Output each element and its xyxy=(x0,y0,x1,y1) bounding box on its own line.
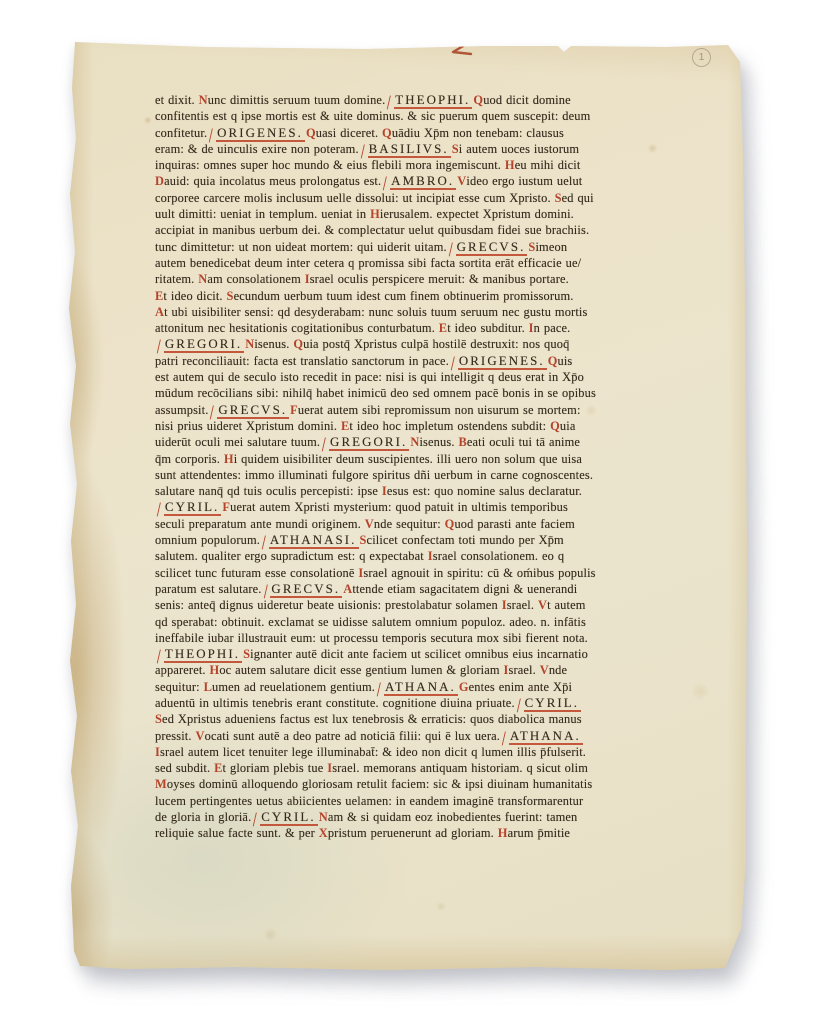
author-name: CYRIL. xyxy=(164,500,222,516)
body-text: scilicet tunc futuram esse consolationē xyxy=(155,566,358,580)
body-text: isenus. xyxy=(254,337,293,351)
rubric-letter: M xyxy=(155,777,167,791)
text-line: mūdum recōcilians sibi: nihilq̄ habet in… xyxy=(155,385,671,401)
author-name: THEOPHI. xyxy=(394,93,472,109)
text-line: salutare nanq̄ qd tuis oculis percepisti… xyxy=(155,483,671,499)
text-line: q̄m corporis. Hi quidem uisibiliter deum… xyxy=(155,451,671,467)
rubric-letter: Q xyxy=(473,93,483,107)
body-text: uerat autem Xpristi mysterium: quod patu… xyxy=(230,500,568,514)
body-text: accipiat in manibus uerbum dei. & comple… xyxy=(155,223,589,237)
body-text: srael oculis perspicere meruit: & manibu… xyxy=(310,272,569,286)
text-line: seculi preparatum ante mundi originem. V… xyxy=(155,516,671,532)
rubric-letter: H xyxy=(210,663,220,677)
rubric-letter: H xyxy=(498,826,508,840)
body-text: senis: anteq̄ dignus uideretur beate uis… xyxy=(155,598,502,612)
body-text: srael. memorans antiquam historiam. q si… xyxy=(332,761,588,775)
body-text: uerat autem sibi repromissum non uisurum… xyxy=(298,403,581,417)
text-line: Sed Xpristus adueniens factus est lux te… xyxy=(155,711,671,727)
author-name: ORIGENES. xyxy=(216,126,305,142)
body-text: uod parasti ante faciem xyxy=(454,517,575,531)
rubric-letter: N xyxy=(199,93,208,107)
text-line: et dixit. Nunc dimittis seruum tuum domi… xyxy=(155,92,671,108)
text-line: ineffabile iubar illustrauit eum: ut pro… xyxy=(155,630,671,646)
body-text: eati oculi tui tā anime xyxy=(467,435,580,449)
rubric-letter: V xyxy=(196,729,205,743)
body-text: ideo ergo iustum uelut xyxy=(466,174,582,188)
author-name: GRECVS. xyxy=(217,403,289,419)
body-text: appareret. xyxy=(155,663,210,677)
body-text: uia postq̄ Xpristus culpā hostilē destru… xyxy=(303,337,569,351)
body-text: corporee carcere molis inclusum uelle di… xyxy=(155,191,555,205)
rubric-letter: Q xyxy=(548,354,558,368)
body-text: pressit. xyxy=(155,729,196,743)
rubric-letter: S xyxy=(452,142,459,156)
text-line: Et ideo dicit. Secundum uerbum tuum ides… xyxy=(155,288,671,304)
text-line: pressit. Vocati sunt autē a deo patre ad… xyxy=(155,728,671,744)
rubric-letter: D xyxy=(155,174,164,188)
body-text: nde xyxy=(549,663,567,677)
text-line: autem benedicebat deum inter cetera q pr… xyxy=(155,255,671,271)
body-text: t ubi uisibiliter sensi: qd desyderabam:… xyxy=(164,305,587,319)
text-line: lucem pertingentes uetus abiicientes uel… xyxy=(155,793,671,809)
body-text: tunc dimittetur: ut non uideat mortem: q… xyxy=(155,240,447,254)
manuscript-leaf: 1 et dixit. Nunc dimittis seruum tuum do… xyxy=(66,36,748,972)
rubric-letter: A xyxy=(343,582,352,596)
pencil-folio-number: 1 xyxy=(692,48,711,67)
body-text: oc autem salutare dicit esse gentium lum… xyxy=(219,663,503,677)
body-text: t ideo hoc impletum ostendens subdit: xyxy=(349,419,550,433)
body-text: uult dimitti: ueniat in templum. ueniat … xyxy=(155,207,370,221)
text-line: Moyses dominū alloquendo gloriosam retul… xyxy=(155,776,671,792)
author-name: GREGORI. xyxy=(164,337,244,353)
body-text: est autem qui de seculo isto recedit in … xyxy=(155,370,584,384)
body-text: i quidem uisibiliter deum suscipientes. … xyxy=(234,452,582,466)
author-name: CYRIL. xyxy=(260,810,318,826)
rubric-letter: G xyxy=(459,680,469,694)
body-text: inquiras: omnes super hoc mundo & eius f… xyxy=(155,158,505,172)
body-text: sed subdit. xyxy=(155,761,214,775)
rubric-letter: H xyxy=(224,452,234,466)
rubric-letter: B xyxy=(458,435,466,449)
body-text: srael autem licet tenuiter lege illumina… xyxy=(160,745,586,759)
body-text: qd sperabat: obtinuit. exclamat se uidis… xyxy=(155,615,586,629)
body-text: uiderūt oculi mei salutare tuum. xyxy=(155,435,320,449)
body-text: de gloria in gloriā. xyxy=(155,810,251,824)
body-text: am & si quidam eoz inobedientes fuerint:… xyxy=(328,810,578,824)
text-line: |GREGORI.Nisenus. Quia postq̄ Xpristus c… xyxy=(155,336,671,352)
text-line: sed subdit. Et gloriam plebis tue Israel… xyxy=(155,760,671,776)
body-text: ttende etiam sagacitatem digni & ueneran… xyxy=(352,582,577,596)
text-line: uult dimitti: ueniat in templum. ueniat … xyxy=(155,206,671,222)
body-text: eu mihi dicit xyxy=(515,158,581,172)
text-line: At ubi uisibiliter sensi: qd desyderabam… xyxy=(155,304,671,320)
body-text: unc dimittis seruum tuum domine. xyxy=(208,93,386,107)
body-text: umen ad reuelationem gentium. xyxy=(212,680,375,694)
body-text: nisi prius uideret Xpristum domini. xyxy=(155,419,341,433)
body-text: pristum peruenerunt ad gloriam. xyxy=(328,826,498,840)
body-text: uasi diceret. xyxy=(316,126,382,140)
body-text: seculi preparatum ante mundi originem. xyxy=(155,517,365,531)
body-text: ecundum uerbum tuum idest cum finem obti… xyxy=(234,289,574,303)
body-text: ed qui xyxy=(562,191,594,205)
body-text: reliquie salue facte sunt. & per xyxy=(155,826,319,840)
author-name: AMBRO. xyxy=(390,174,456,190)
body-text: i autem uoces iustorum xyxy=(459,142,579,156)
text-line: est autem qui de seculo isto recedit in … xyxy=(155,369,671,385)
rubric-letter: Q xyxy=(306,126,316,140)
body-text: srael. xyxy=(508,663,539,677)
body-text: n pace. xyxy=(534,321,571,335)
text-line: aduentū in ultimis tenebris erant consti… xyxy=(155,695,671,711)
body-text: oyses dominū alloquendo gloriosam retuli… xyxy=(167,777,592,791)
body-text: entes enim ante Xp̄i xyxy=(469,680,572,694)
body-text: t autem xyxy=(547,598,585,612)
body-text: auid: quia incolatus meus prolongatus es… xyxy=(164,174,381,188)
text-line: reliquie salue facte sunt. & per Xpristu… xyxy=(155,825,671,841)
body-text: ed Xpristus adueniens factus est lux ten… xyxy=(162,712,582,726)
body-text: omnium populorum. xyxy=(155,533,260,547)
author-name: GRECVS. xyxy=(270,582,342,598)
text-line: sequitur: Lumen ad reuelationem gentium.… xyxy=(155,679,671,695)
text-line: accipiat in manibus uerbum dei. & comple… xyxy=(155,222,671,238)
body-text: autem benedicebat deum inter cetera q pr… xyxy=(155,256,581,270)
text-line: tunc dimittetur: ut non uideat mortem: q… xyxy=(155,239,671,255)
text-line: corporee carcere molis inclusum uelle di… xyxy=(155,190,671,206)
body-text: assumpsit. xyxy=(155,403,208,417)
body-text: mūdum recōcilians sibi: nihilq̄ habet in… xyxy=(155,386,596,400)
body-text: ierusalem. expectet Xpristum domini. xyxy=(380,207,574,221)
rubric-letter: E xyxy=(214,761,222,775)
body-text: attonitum nec hesitationis cogitationibu… xyxy=(155,321,439,335)
body-text: salutem. qualiter ergo supradictum est: … xyxy=(155,549,428,563)
body-text: uis xyxy=(557,354,572,368)
rubric-letter: H xyxy=(370,207,380,221)
text-line: |THEOPHI.Signanter autē dicit ante facie… xyxy=(155,646,671,662)
body-text: am consolationem xyxy=(207,272,304,286)
body-text: ocati sunt autē a deo patre ad noticiā f… xyxy=(205,729,500,743)
text-line: nisi prius uideret Xpristum domini. Et i… xyxy=(155,418,671,434)
text-line: confitetur.|ORIGENES.Quasi diceret. Quād… xyxy=(155,125,671,141)
rubric-letter: N xyxy=(319,810,328,824)
body-text: aduentū in ultimis tenebris erant consti… xyxy=(155,696,515,710)
rubric-letter: N xyxy=(198,272,207,286)
rubric-letter: V xyxy=(365,517,374,531)
rubric-letter: F xyxy=(222,500,230,514)
rubric-letter: S xyxy=(360,533,367,547)
rubric-letter: N xyxy=(245,337,254,351)
text-line: patri reconciliauit: facta est translati… xyxy=(155,353,671,369)
author-name: ATHANASI. xyxy=(269,533,359,549)
body-text: imeon xyxy=(535,240,567,254)
body-text: salutare nanq̄ qd tuis oculis percepisti… xyxy=(155,484,382,498)
text-line: salutem. qualiter ergo supradictum est: … xyxy=(155,548,671,564)
text-line: attonitum nec hesitationis cogitationibu… xyxy=(155,320,671,336)
rubric-letter: Q xyxy=(445,517,455,531)
rubric-letter: L xyxy=(204,680,212,694)
text-line: sunt attendentes: immo illuminati fulgor… xyxy=(155,467,671,483)
rubric-letter: E xyxy=(439,321,447,335)
text-line: Israel autem licet tenuiter lege illumin… xyxy=(155,744,671,760)
text-block: et dixit. Nunc dimittis seruum tuum domi… xyxy=(155,92,671,842)
body-text: ignanter autē dicit ante faciem ut scili… xyxy=(250,647,588,661)
manuscript-leaf-wrapper: 1 et dixit. Nunc dimittis seruum tuum do… xyxy=(66,36,748,972)
rubric-letter: Q xyxy=(382,126,392,140)
author-name: GREGORI. xyxy=(329,435,409,451)
body-text: sunt attendentes: immo illuminati fulgor… xyxy=(155,468,593,482)
author-name: BASILIVS. xyxy=(368,142,451,158)
body-text: eram: & de uinculis exire non poteram. xyxy=(155,142,359,156)
text-line: de gloria in gloriā.|CYRIL.Nam & si quid… xyxy=(155,809,671,825)
body-text: srael. xyxy=(507,598,538,612)
red-ink-mark xyxy=(445,39,475,59)
rubric-letter: S xyxy=(555,191,562,205)
body-text: t ideo dicit. xyxy=(163,289,226,303)
body-text: uia xyxy=(560,419,576,433)
text-line: eram: & de uinculis exire non poteram.|B… xyxy=(155,141,671,157)
rubric-letter: V xyxy=(540,663,549,677)
body-text: et dixit. xyxy=(155,93,199,107)
body-text: nde sequitur: xyxy=(374,517,445,531)
text-line: appareret. Hoc autem salutare dicit esse… xyxy=(155,662,671,678)
rubric-letter: A xyxy=(155,305,164,319)
rubric-letter: Q xyxy=(293,337,303,351)
text-line: inquiras: omnes super hoc mundo & eius f… xyxy=(155,157,671,173)
text-line: senis: anteq̄ dignus uideretur beate uis… xyxy=(155,597,671,613)
rubric-letter: Q xyxy=(550,419,560,433)
body-text: cilicet confectam toti mundo per Xp̄m xyxy=(367,533,564,547)
text-line: paratum est salutare.|GRECVS.Attende eti… xyxy=(155,581,671,597)
text-line: scilicet tunc futuram esse consolationē … xyxy=(155,565,671,581)
text-line: |CYRIL.Fuerat autem Xpristi mysterium: q… xyxy=(155,499,671,515)
author-name: THEOPHI. xyxy=(164,647,242,663)
body-text: arum p̄mitie xyxy=(508,826,570,840)
author-name: ATHANA. xyxy=(384,680,458,696)
body-text: ritatem. xyxy=(155,272,198,286)
body-text: t ideo subditur. xyxy=(447,321,528,335)
rubric-letter: X xyxy=(319,826,328,840)
body-text: srael consolationem. eo q xyxy=(433,549,564,563)
body-text: patri reconciliauit: facta est translati… xyxy=(155,354,449,368)
body-text: uādiu Xp̄m non tenebam: clausus xyxy=(392,126,564,140)
rubric-letter: S xyxy=(227,289,234,303)
rubric-letter: H xyxy=(505,158,515,172)
text-line: confitentis est q ipse mortis est & uite… xyxy=(155,108,671,124)
body-text: confitentis est q ipse mortis est & uite… xyxy=(155,109,590,123)
body-text: srael agnouit in spiritu: cū & oḿibus po… xyxy=(363,566,595,580)
author-name: CYRIL. xyxy=(524,696,582,712)
text-line: qd sperabat: obtinuit. exclamat se uidis… xyxy=(155,614,671,630)
author-name: ATHANA. xyxy=(509,729,583,745)
body-text: confitetur. xyxy=(155,126,207,140)
body-text: q̄m corporis. xyxy=(155,452,224,466)
text-line: Dauid: quia incolatus meus prolongatus e… xyxy=(155,173,671,189)
body-text: lucem pertingentes uetus abiicientes uel… xyxy=(155,794,583,808)
text-line: assumpsit.|GRECVS.Fuerat autem sibi repr… xyxy=(155,402,671,418)
text-line: omnium populorum.|ATHANASI.Scilicet conf… xyxy=(155,532,671,548)
text-line: ritatem. Nam consolationem Israel oculis… xyxy=(155,271,671,287)
body-text: uod dicit domine xyxy=(483,93,571,107)
rubric-letter: V xyxy=(538,598,547,612)
rubric-letter: F xyxy=(290,403,298,417)
body-text: ineffabile iubar illustrauit eum: ut pro… xyxy=(155,631,588,645)
text-line: uiderūt oculi mei salutare tuum.|GREGORI… xyxy=(155,434,671,450)
rubric-letter: V xyxy=(457,174,466,188)
body-text: isenus. xyxy=(419,435,458,449)
body-text: t gloriam plebis tue xyxy=(223,761,328,775)
body-text: paratum est salutare. xyxy=(155,582,262,596)
author-name: GRECVS. xyxy=(456,240,528,256)
author-name: ORIGENES. xyxy=(458,354,547,370)
body-text: sequitur: xyxy=(155,680,204,694)
body-text: esus est: quo nomine salus declaratur. xyxy=(387,484,582,498)
rubric-letter: S xyxy=(155,712,162,726)
